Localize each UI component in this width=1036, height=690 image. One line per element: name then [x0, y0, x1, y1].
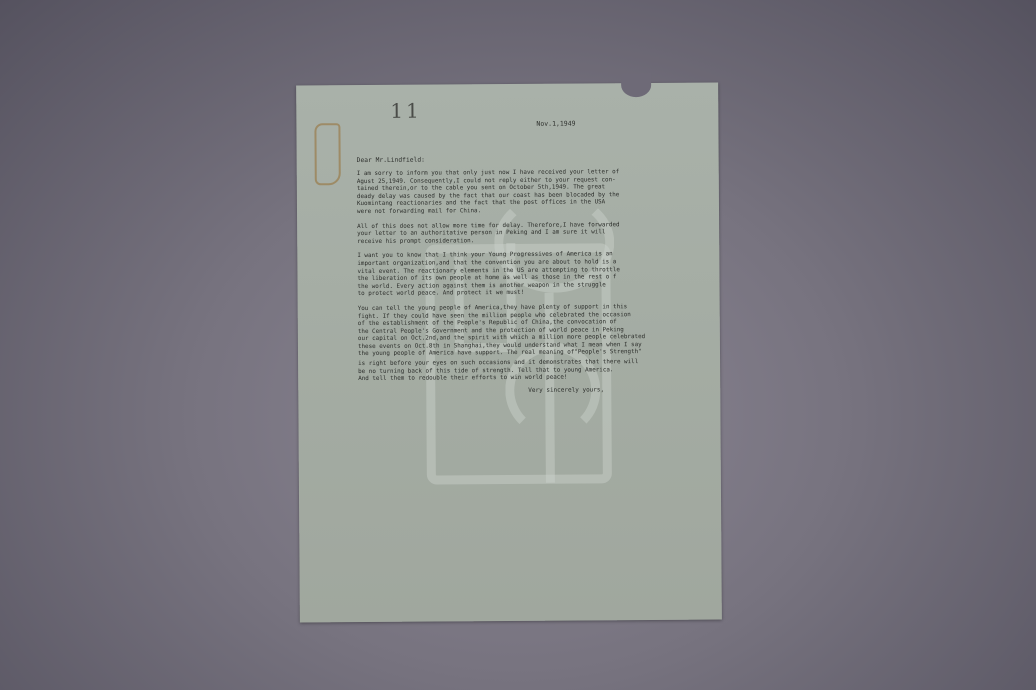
paragraph-2: All of this does not allow more time for…: [357, 221, 719, 246]
paragraph-1: I am sorry to inform you that only just …: [357, 169, 719, 217]
pencil-annotation: 11: [390, 99, 422, 123]
letter-date: Nov.1,1949: [536, 120, 575, 128]
paragraph-5: is right before your eyes on such occasi…: [358, 359, 720, 384]
paperclip-stain: [314, 123, 340, 185]
letter-closing: Very sincerely yours,: [528, 386, 604, 394]
letter-body: I am sorry to inform you that only just …: [357, 169, 721, 391]
paragraph-4: You can tell the young people of America…: [358, 303, 720, 359]
paragraph-3: I want you to know that I think your You…: [357, 251, 719, 299]
torn-notch: [621, 73, 651, 97]
letter-salutation: Dear Mr.Lindfield:: [357, 157, 425, 164]
letter-page: 11 Nov.1,1949 Dear Mr.Lindfield: I am so…: [296, 83, 722, 623]
